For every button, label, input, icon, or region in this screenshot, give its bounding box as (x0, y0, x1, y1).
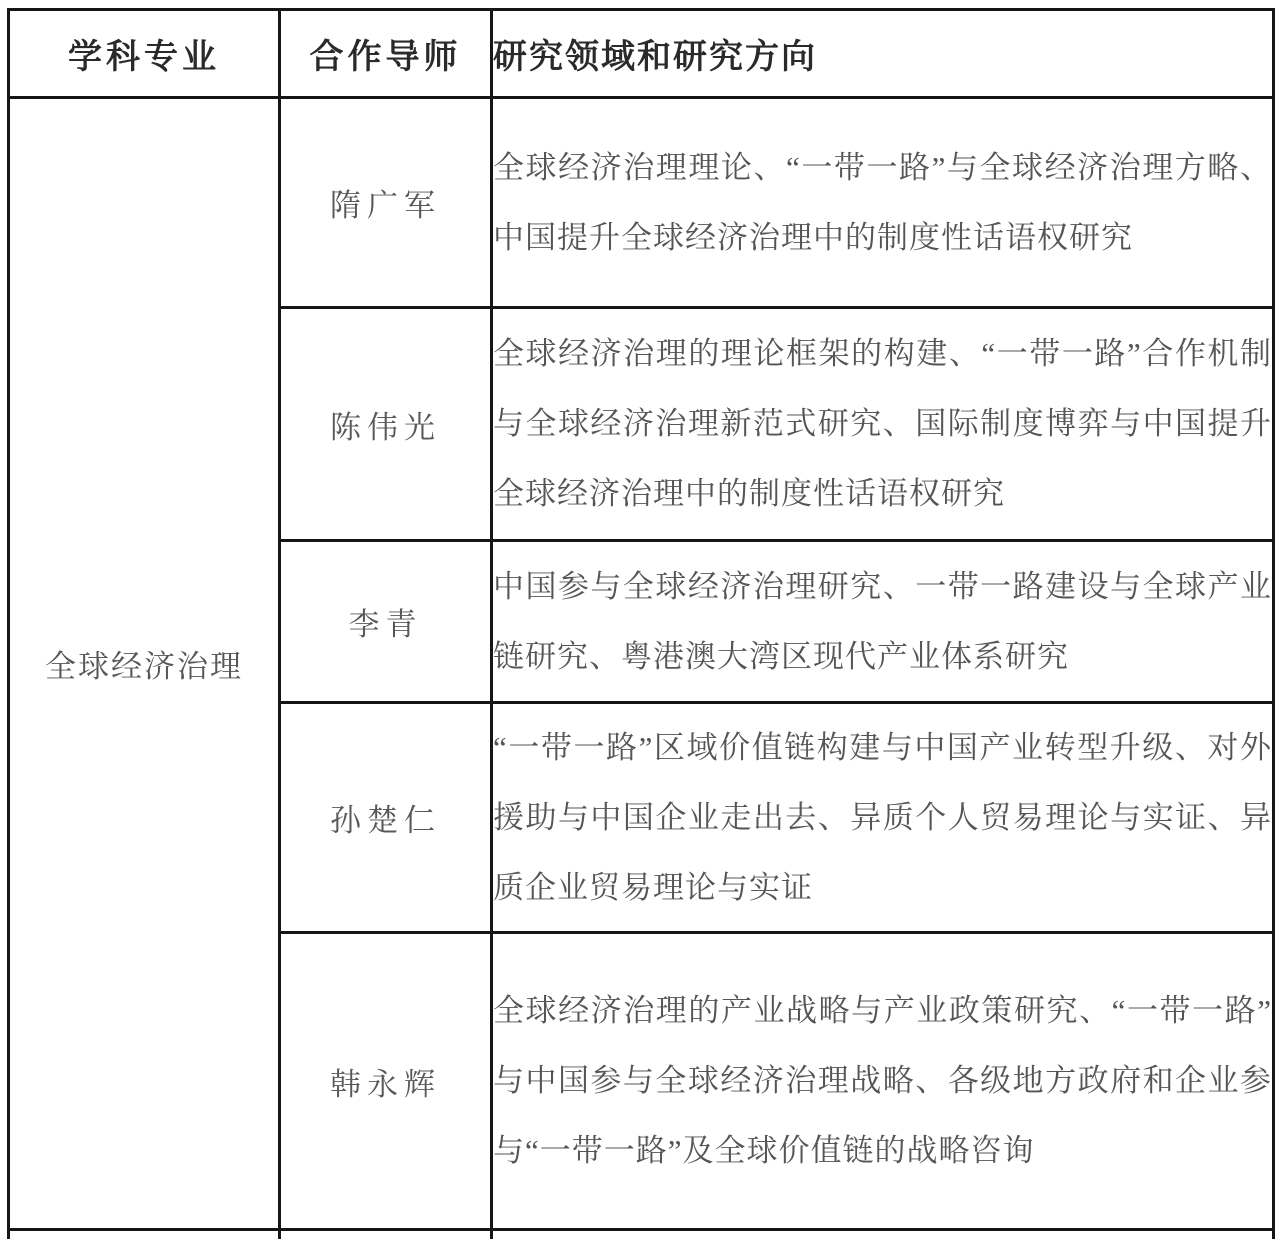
cutoff-row (9, 1230, 1274, 1239)
table-header-row: 学科专业 合作导师 研究领域和研究方向 (9, 10, 1274, 98)
supervisor-cell: 陈伟光 (280, 308, 492, 541)
header-supervisor: 合作导师 (280, 10, 492, 98)
cutoff-cell (280, 1230, 492, 1239)
discipline-cell: 全球经济治理 (9, 98, 280, 1230)
table-row: 全球经济治理 隋广军 全球经济治理理论、“一带一路”与全球经济治理方略、中国提升… (9, 98, 1274, 308)
research-cell: 全球经济治理的产业战略与产业政策研究、“一带一路”与中国参与全球经济治理战略、各… (492, 933, 1274, 1230)
research-cell: “一带一路”区域价值链构建与中国产业转型升级、对外援助与中国企业走出去、异质个人… (492, 703, 1274, 933)
research-cell: 全球经济治理理论、“一带一路”与全球经济治理方略、中国提升全球经济治理中的制度性… (492, 98, 1274, 308)
header-discipline: 学科专业 (9, 10, 280, 98)
cutoff-cell (9, 1230, 280, 1239)
supervisor-cell: 李青 (280, 541, 492, 703)
majors-table: 学科专业 合作导师 研究领域和研究方向 全球经济治理 隋广军 全球经济治理理论、… (7, 8, 1275, 1239)
cutoff-cell (492, 1230, 1274, 1239)
research-cell: 全球经济治理的理论框架的构建、“一带一路”合作机制与全球经济治理新范式研究、国际… (492, 308, 1274, 541)
supervisor-cell: 孙楚仁 (280, 703, 492, 933)
header-research: 研究领域和研究方向 (492, 10, 1274, 98)
page: 学科专业 合作导师 研究领域和研究方向 全球经济治理 隋广军 全球经济治理理论、… (0, 8, 1280, 1240)
supervisor-cell: 隋广军 (280, 98, 492, 308)
research-cell: 中国参与全球经济治理研究、一带一路建设与全球产业链研究、粤港澳大湾区现代产业体系… (492, 541, 1274, 703)
supervisor-cell: 韩永辉 (280, 933, 492, 1230)
